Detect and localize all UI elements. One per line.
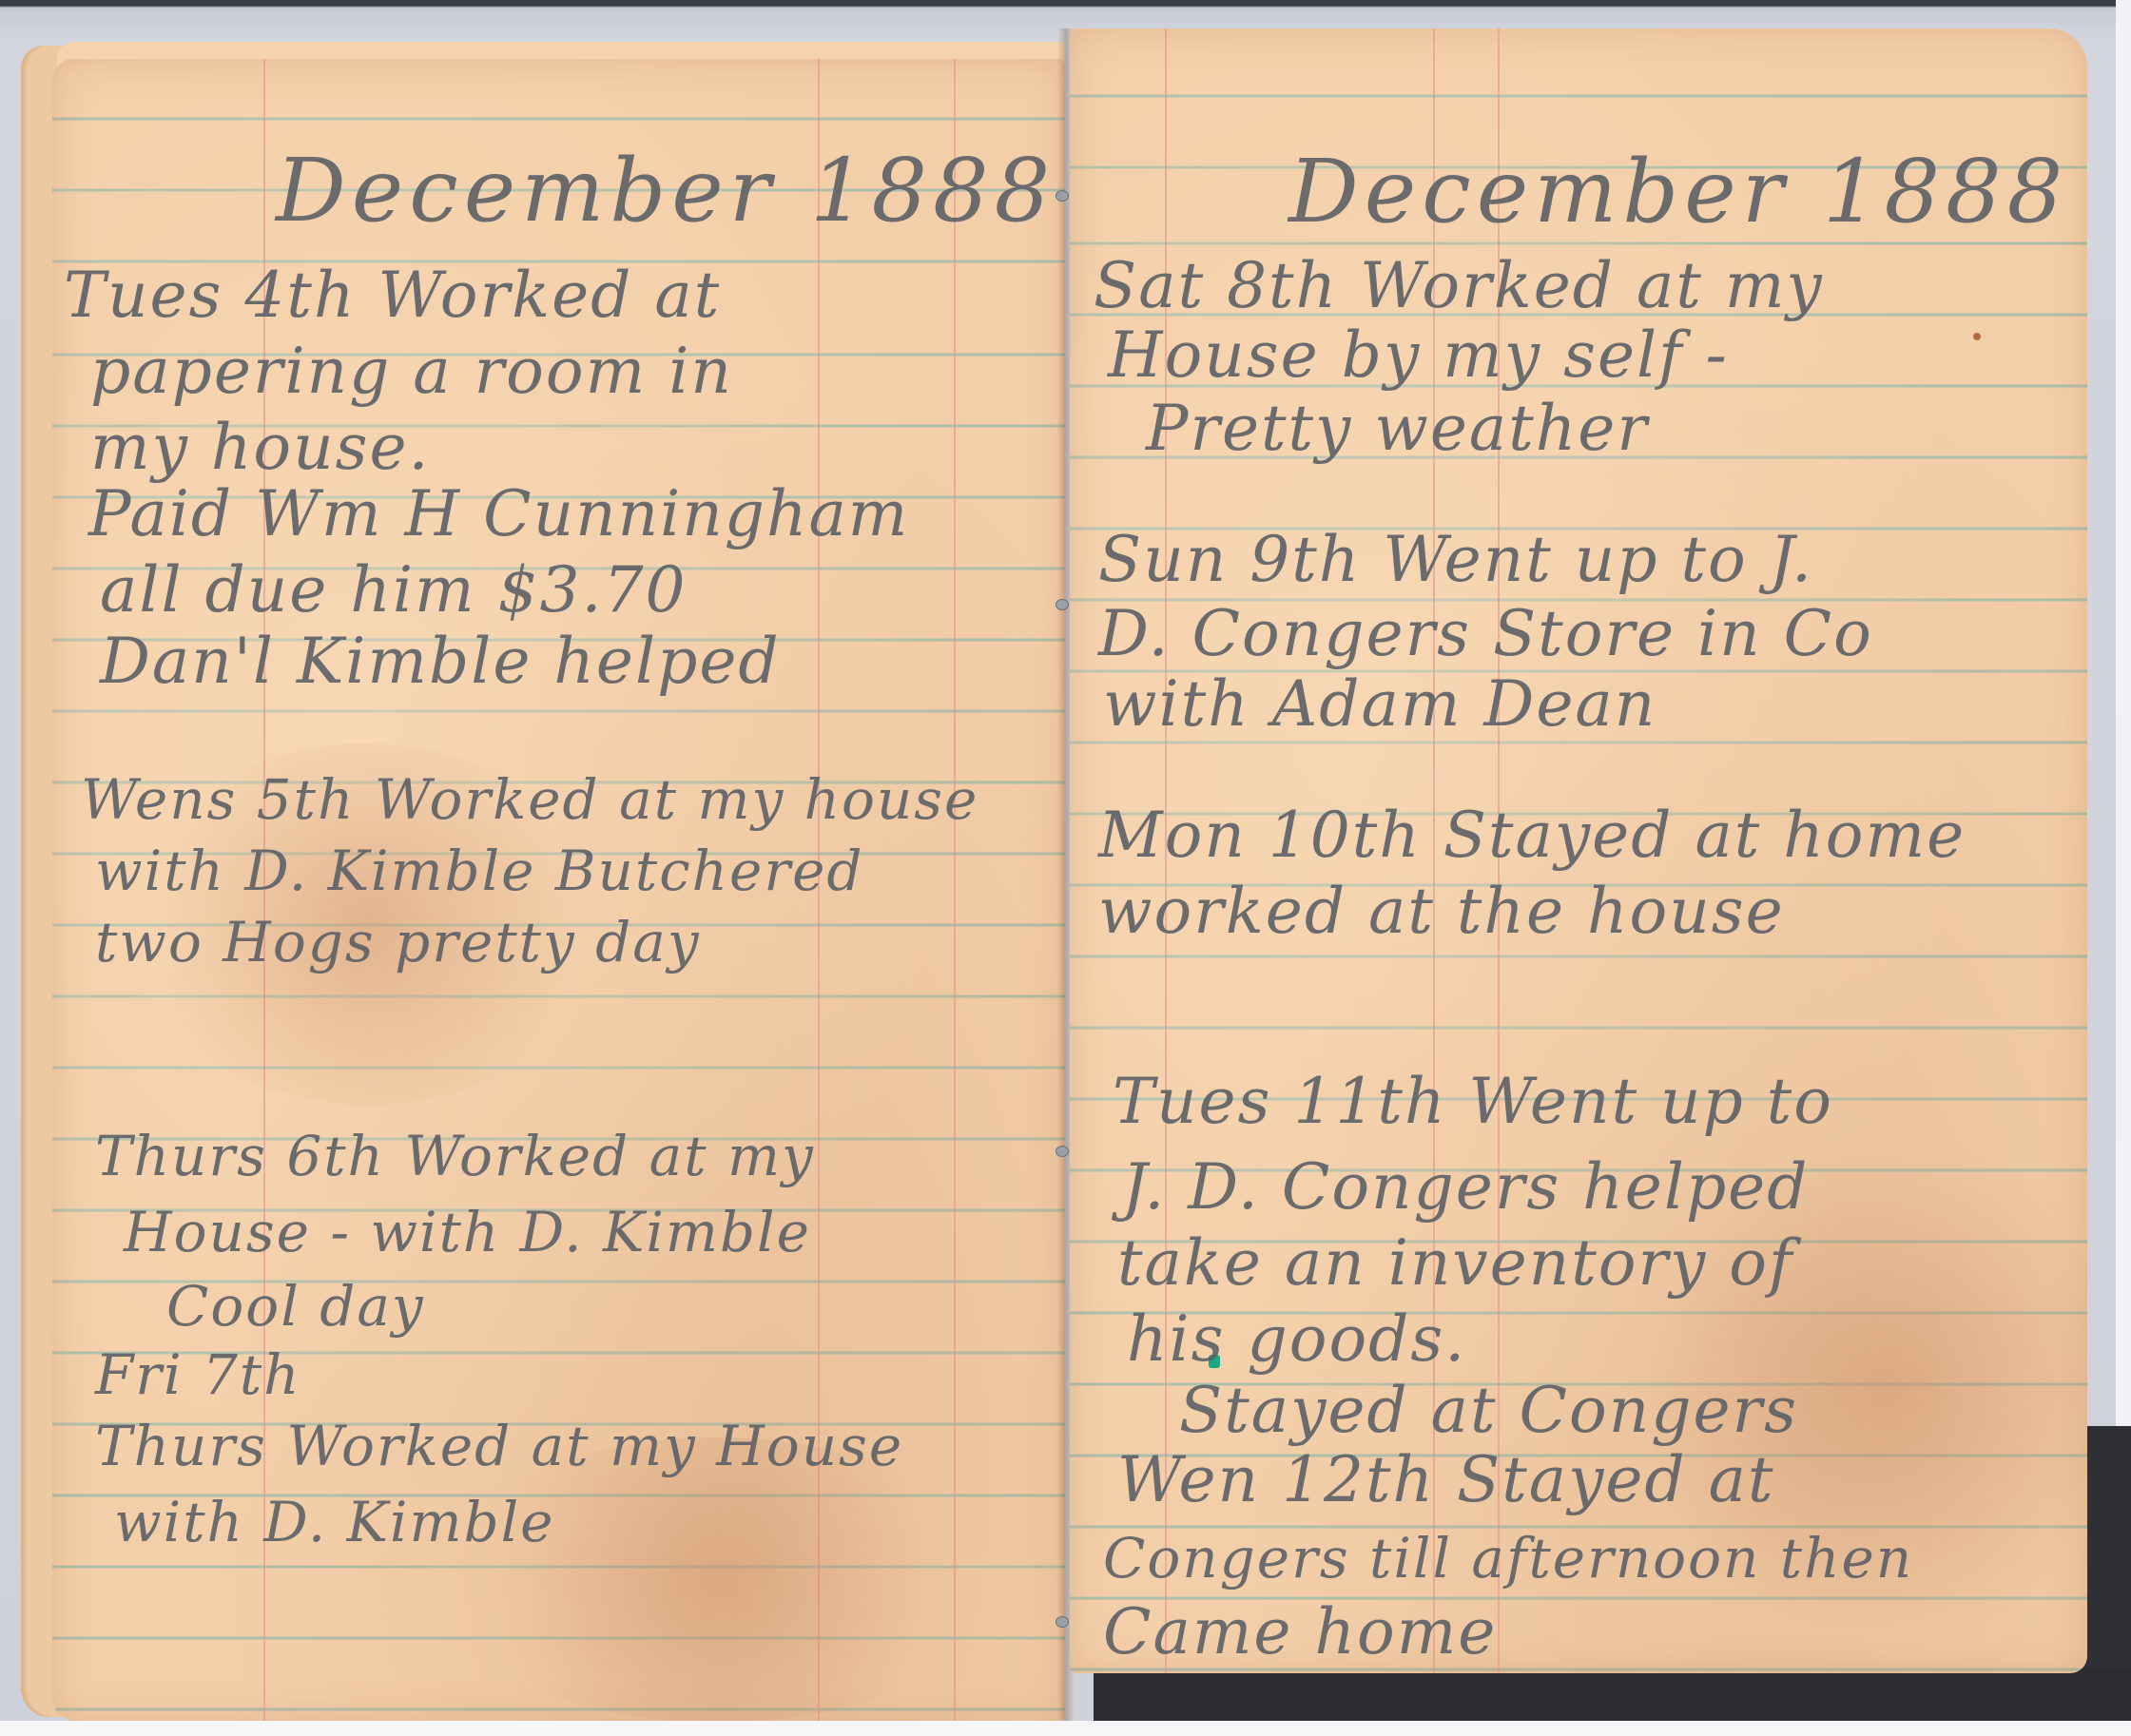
entry-line: take an inventory of: [1117, 1226, 1793, 1300]
entry-line: Mon 10th Stayed at home: [1098, 799, 1966, 872]
entry-line: my house.: [90, 411, 431, 484]
entry-line: two Hogs pretty day: [95, 910, 701, 974]
entry-line: with D. Kimble: [114, 1490, 554, 1554]
binding-stitch: [1056, 1616, 1069, 1628]
entry-line: Congers till afternoon then: [1103, 1526, 1913, 1591]
entry-line: his goods.: [1127, 1302, 1466, 1376]
right-page: December 1888 Sat 8th Worked at my House…: [1070, 29, 2087, 1673]
entry-line: Dan'l Kimble helped: [100, 625, 781, 698]
entry-line: House - with D. Kimble: [124, 1200, 811, 1264]
entry-line: J. D. Congers helped: [1122, 1150, 1810, 1224]
page-heading: December 1888: [1288, 141, 2068, 242]
entry-line: Paid Wm H Cunningham: [88, 477, 909, 550]
entry-line: House by my self -: [1108, 318, 1729, 392]
page-heading: December 1888: [276, 140, 1056, 241]
entry-line: Sun 9th Went up to J.: [1098, 523, 1813, 596]
entry-line: Tues 4th Worked at: [64, 259, 721, 332]
entry-line: Came home: [1103, 1595, 1497, 1668]
entry-line: Thurs Worked at my House: [95, 1414, 903, 1478]
entry-line: Tues 11th Went up to: [1113, 1065, 1833, 1138]
entry-line: Wens 5th Worked at my house: [81, 767, 978, 832]
paper-fleck: [1973, 333, 1981, 340]
binding-stitch: [1056, 1146, 1069, 1157]
margin-line: [954, 59, 956, 1721]
binding-stitch: [1056, 599, 1069, 610]
entry-line: Sat 8th Worked at my: [1094, 249, 1824, 322]
entry-line: Fri 7th: [95, 1342, 301, 1407]
paper-stain: [433, 1437, 1003, 1721]
entry-line: papering a room in: [90, 335, 733, 408]
entry-line: Pretty weather: [1146, 392, 1649, 465]
entry-line: all due him $3.70: [100, 553, 687, 627]
left-page: December 1888 Tues 4th Worked at paperin…: [52, 59, 1065, 1721]
entry-line: worked at the house: [1098, 875, 1785, 948]
entry-line: Cool day: [166, 1274, 425, 1339]
entry-line: Thurs 6th Worked at my: [95, 1124, 815, 1188]
binding-stitch: [1056, 190, 1069, 202]
entry-line: with Adam Dean: [1103, 667, 1656, 741]
entry-line: Stayed at Congers: [1179, 1374, 1798, 1447]
scan-background-bottom-strip: [0, 1721, 2131, 1736]
entry-line: with D. Kimble Butchered: [95, 839, 864, 903]
entry-line: D. Congers Store in Co: [1098, 597, 1873, 670]
entry-line: Wen 12th Stayed at: [1117, 1443, 1775, 1516]
